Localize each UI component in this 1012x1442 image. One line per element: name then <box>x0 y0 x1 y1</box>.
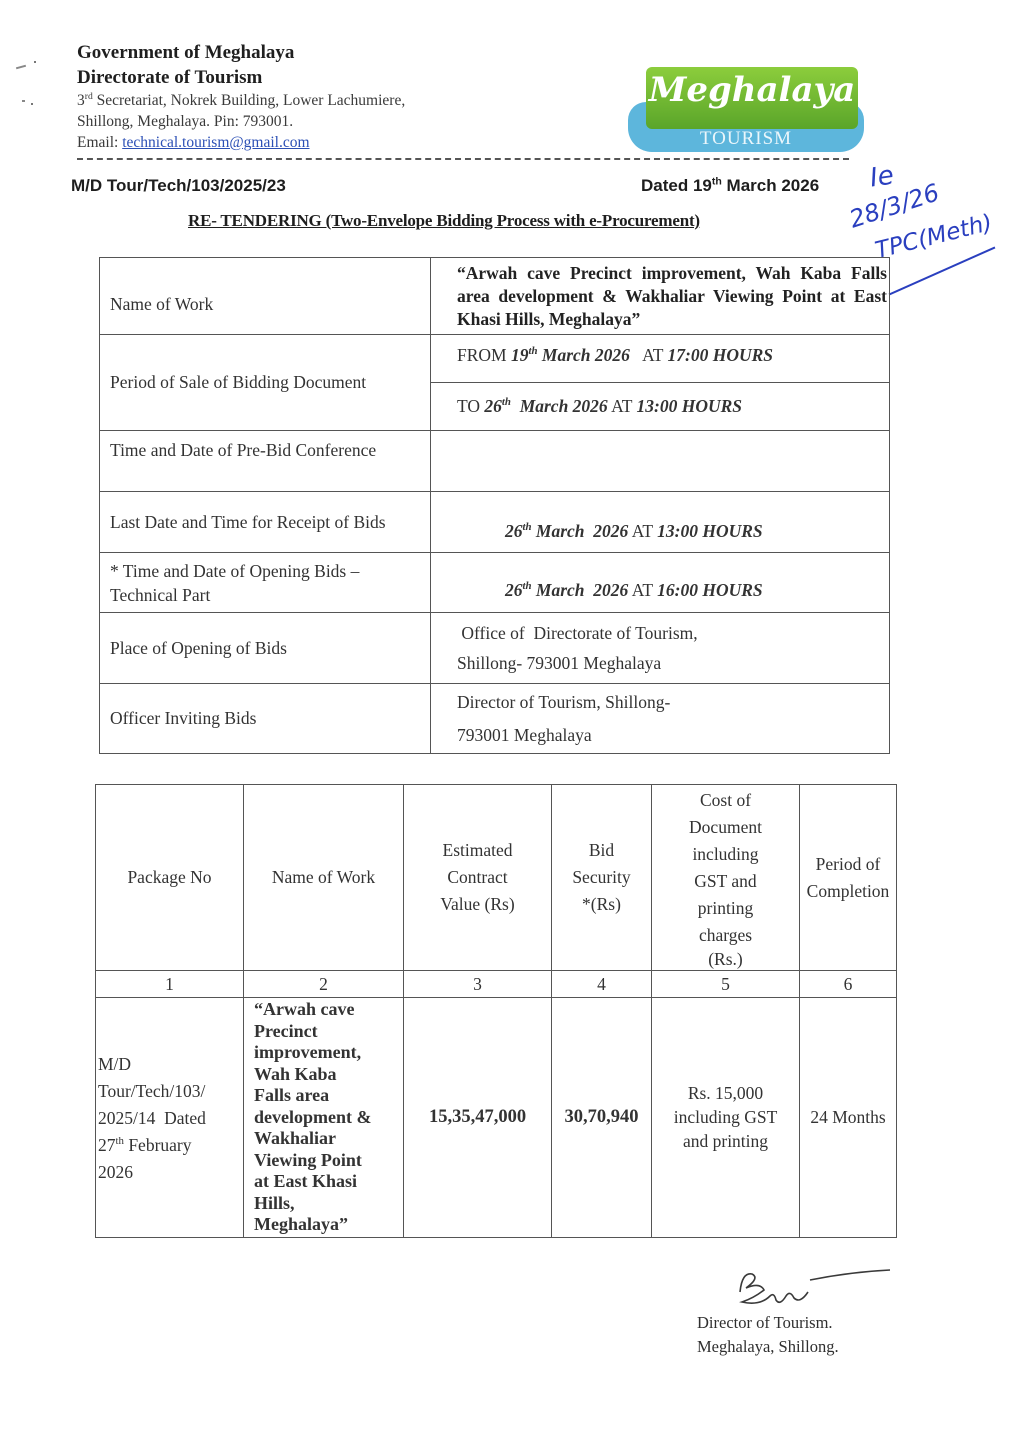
label-pre-bid: Time and Date of Pre-Bid Conference <box>100 431 431 492</box>
signatory-place: Meghalaya, Shillong. <box>697 1335 839 1359</box>
value-sale-from: FROM 19th March 2026 AT 17:00 HOURS <box>431 335 890 383</box>
scan-speck <box>31 103 33 105</box>
dept-name: Directorate of Tourism <box>77 67 262 89</box>
cell-document-cost: Rs. 15,000 including GST and printing <box>652 998 800 1238</box>
label-place: Place of Opening of Bids <box>100 613 431 684</box>
value-place: Office of Directorate of Tourism, Shillo… <box>431 613 890 684</box>
scan-speck <box>22 100 25 102</box>
place-line-1: Office of Directorate of Tourism, <box>457 618 889 648</box>
header-line: charges <box>653 922 798 949</box>
header-package-no: Package No <box>96 785 244 971</box>
scan-speck <box>16 65 26 70</box>
sale-to-day: 26 <box>484 396 502 416</box>
label-sale-period: Period of Sale of Bidding Document <box>100 335 431 431</box>
email-link[interactable]: technical.tourism@gmail.com <box>122 134 309 151</box>
label-opening: * Time and Date of Opening Bids – Techni… <box>100 553 431 613</box>
sale-from-time: 17:00 HOURS <box>668 345 774 365</box>
sale-to-prefix: TO <box>457 396 484 416</box>
header-line: (Rs.) <box>653 949 798 969</box>
header-line: Contract <box>405 864 550 891</box>
header-completion: Period of Completion <box>800 785 897 971</box>
address-street: Secretariat, Nokrek Building, Lower Lach… <box>93 92 405 109</box>
tender-title: RE- TENDERING (Two-Envelope Bidding Proc… <box>188 211 700 231</box>
address-floor-suffix: rd <box>85 91 93 102</box>
package-table: Package No Name of Work Estimated Contra… <box>95 784 897 1238</box>
sale-from-month-year: March 2026 <box>538 345 630 365</box>
signatory-title: Director of Tourism. <box>697 1311 839 1335</box>
header-line: Bid <box>553 837 650 864</box>
row-place: Place of Opening of Bids Office of Direc… <box>100 613 890 684</box>
receipt-time: 13:00 HOURS <box>657 521 763 541</box>
header-line: GST and <box>653 868 798 895</box>
header-bid-security: Bid Security *(Rs) <box>552 785 652 971</box>
header-divider <box>77 158 849 160</box>
name-line: Precinct <box>254 1021 402 1043</box>
sale-from-prefix: FROM <box>457 345 511 365</box>
place-line-2: Shillong- 793001 Meghalaya <box>457 648 889 678</box>
address-line-2: Shillong, Meghalaya. Pin: 793001. <box>77 113 293 131</box>
cell-estimated-value: 15,35,47,000 <box>404 998 552 1238</box>
package-no-day: 27 <box>98 1135 116 1155</box>
header-line: printing <box>653 895 798 922</box>
cell-name-of-work: “Arwah cave Precinct improvement, Wah Ka… <box>244 998 404 1238</box>
header-line: Completion <box>801 878 895 905</box>
sale-from-day: 19 <box>511 345 529 365</box>
package-no-month: February <box>124 1135 192 1155</box>
column-number: 5 <box>652 971 800 998</box>
package-no-line: 2025/14 Dated <box>98 1105 242 1132</box>
receipt-day: 26 <box>505 521 523 541</box>
row-pre-bid: Time and Date of Pre-Bid Conference <box>100 431 890 492</box>
address-line-1: 3rd Secretariat, Nokrek Building, Lower … <box>77 92 405 110</box>
name-line: “Arwah cave <box>254 999 402 1021</box>
package-no-line: 27th February <box>98 1132 242 1159</box>
package-header-row: Package No Name of Work Estimated Contra… <box>96 785 897 971</box>
name-line: Viewing Point <box>254 1150 402 1172</box>
column-number: 3 <box>404 971 552 998</box>
org-name: Government of Meghalaya <box>77 42 294 64</box>
value-pre-bid <box>431 431 890 492</box>
header-line: including <box>653 841 798 868</box>
tender-details-table: Name of Work “Arwah cave Precinct improv… <box>99 257 890 754</box>
sale-to-at: AT <box>608 396 637 416</box>
value-receipt: 26th March 2026 AT 13:00 HOURS <box>431 492 890 553</box>
dated-day: Dated 19 <box>641 176 712 195</box>
opening-time: 16:00 HOURS <box>657 580 763 600</box>
column-number: 1 <box>96 971 244 998</box>
header-name-of-work: Name of Work <box>244 785 404 971</box>
header-line: *(Rs) <box>553 891 650 918</box>
email-label: Email: <box>77 134 122 151</box>
dated-month-year: March 2026 <box>722 176 819 195</box>
logo-subtitle: TOURISM <box>628 128 864 150</box>
cell-package-no: M/D Tour/Tech/103/ 2025/14 Dated 27th Fe… <box>96 998 244 1238</box>
name-line: Wakhaliar <box>254 1128 402 1150</box>
cell-completion: 24 Months <box>800 998 897 1238</box>
label-officer: Officer Inviting Bids <box>100 684 431 754</box>
header-line: Value (Rs) <box>405 891 550 918</box>
row-officer: Officer Inviting Bids Director of Touris… <box>100 684 890 754</box>
doc-cost-line: and printing <box>653 1129 798 1153</box>
value-name-of-work: “Arwah cave Precinct improvement, Wah Ka… <box>431 258 890 335</box>
row-name-of-work: Name of Work “Arwah cave Precinct improv… <box>100 258 890 335</box>
header-estimated-value: Estimated Contract Value (Rs) <box>404 785 552 971</box>
name-line: Meghalaya” <box>254 1214 402 1236</box>
column-number: 2 <box>244 971 404 998</box>
sale-to-month-year: March 2026 <box>511 396 608 416</box>
opening-at: AT <box>628 580 657 600</box>
column-number: 4 <box>552 971 652 998</box>
receipt-at: AT <box>628 521 657 541</box>
receipt-month-year: March 2026 <box>532 521 629 541</box>
meghalaya-tourism-logo: Meghalaya TOURISM <box>628 64 864 156</box>
package-no-line: Tour/Tech/103/ <box>98 1078 242 1105</box>
label-name-of-work: Name of Work <box>100 258 431 335</box>
package-no-suffix: th <box>116 1135 124 1147</box>
header-line: Cost of <box>653 787 798 814</box>
scan-speck <box>34 61 36 63</box>
value-sale-to: TO 26th March 2026 AT 13:00 HOURS <box>431 383 890 431</box>
receipt-suffix: th <box>523 521 532 533</box>
dated: Dated 19th March 2026 <box>641 176 819 196</box>
header-line: Period of <box>801 851 895 878</box>
package-no-line: M/D <box>98 1051 242 1078</box>
header-line: Security <box>553 864 650 891</box>
name-line: development & <box>254 1107 402 1129</box>
handwritten-initials: Ie <box>868 160 896 193</box>
sale-from-at: AT <box>630 345 668 365</box>
sale-to-time: 13:00 HOURS <box>637 396 743 416</box>
doc-cost-line: including GST <box>653 1105 798 1129</box>
name-line: improvement, <box>254 1042 402 1064</box>
officer-line-1: Director of Tourism, Shillong- <box>457 686 889 719</box>
package-row: M/D Tour/Tech/103/ 2025/14 Dated 27th Fe… <box>96 998 897 1238</box>
row-sale-period-from: Period of Sale of Bidding Document FROM … <box>100 335 890 383</box>
reference-number: M/D Tour/Tech/103/2025/23 <box>71 176 286 196</box>
dated-suffix: th <box>712 175 722 187</box>
sale-to-suffix: th <box>502 396 511 408</box>
value-opening: 26th March 2026 AT 16:00 HOURS <box>431 553 890 613</box>
opening-suffix: th <box>523 580 532 592</box>
package-no-line: 2026 <box>98 1159 242 1186</box>
header-line: Document <box>653 814 798 841</box>
header-document-cost: Cost of Document including GST and print… <box>652 785 800 971</box>
logo-wordmark: Meghalaya <box>646 70 858 110</box>
signature-block: Director of Tourism. Meghalaya, Shillong… <box>697 1311 839 1359</box>
column-number: 6 <box>800 971 897 998</box>
name-line: Hills, <box>254 1193 402 1215</box>
row-opening: * Time and Date of Opening Bids – Techni… <box>100 553 890 613</box>
name-line: Wah Kaba <box>254 1064 402 1086</box>
column-number-row: 1 2 3 4 5 6 <box>96 971 897 998</box>
label-receipt: Last Date and Time for Receipt of Bids <box>100 492 431 553</box>
officer-line-2: 793001 Meghalaya <box>457 719 889 752</box>
sale-from-suffix: th <box>528 345 537 357</box>
name-line: Falls area <box>254 1085 402 1107</box>
opening-day: 26 <box>505 580 523 600</box>
email-line: Email: technical.tourism@gmail.com <box>77 134 310 152</box>
doc-cost-line: Rs. 15,000 <box>653 1081 798 1105</box>
row-receipt: Last Date and Time for Receipt of Bids 2… <box>100 492 890 553</box>
cell-bid-security: 30,70,940 <box>552 998 652 1238</box>
name-line: at East Khasi <box>254 1171 402 1193</box>
address-floor-number: 3 <box>77 92 85 109</box>
value-officer: Director of Tourism, Shillong- 793001 Me… <box>431 684 890 754</box>
header-line: Estimated <box>405 837 550 864</box>
opening-month-year: March 2026 <box>532 580 629 600</box>
